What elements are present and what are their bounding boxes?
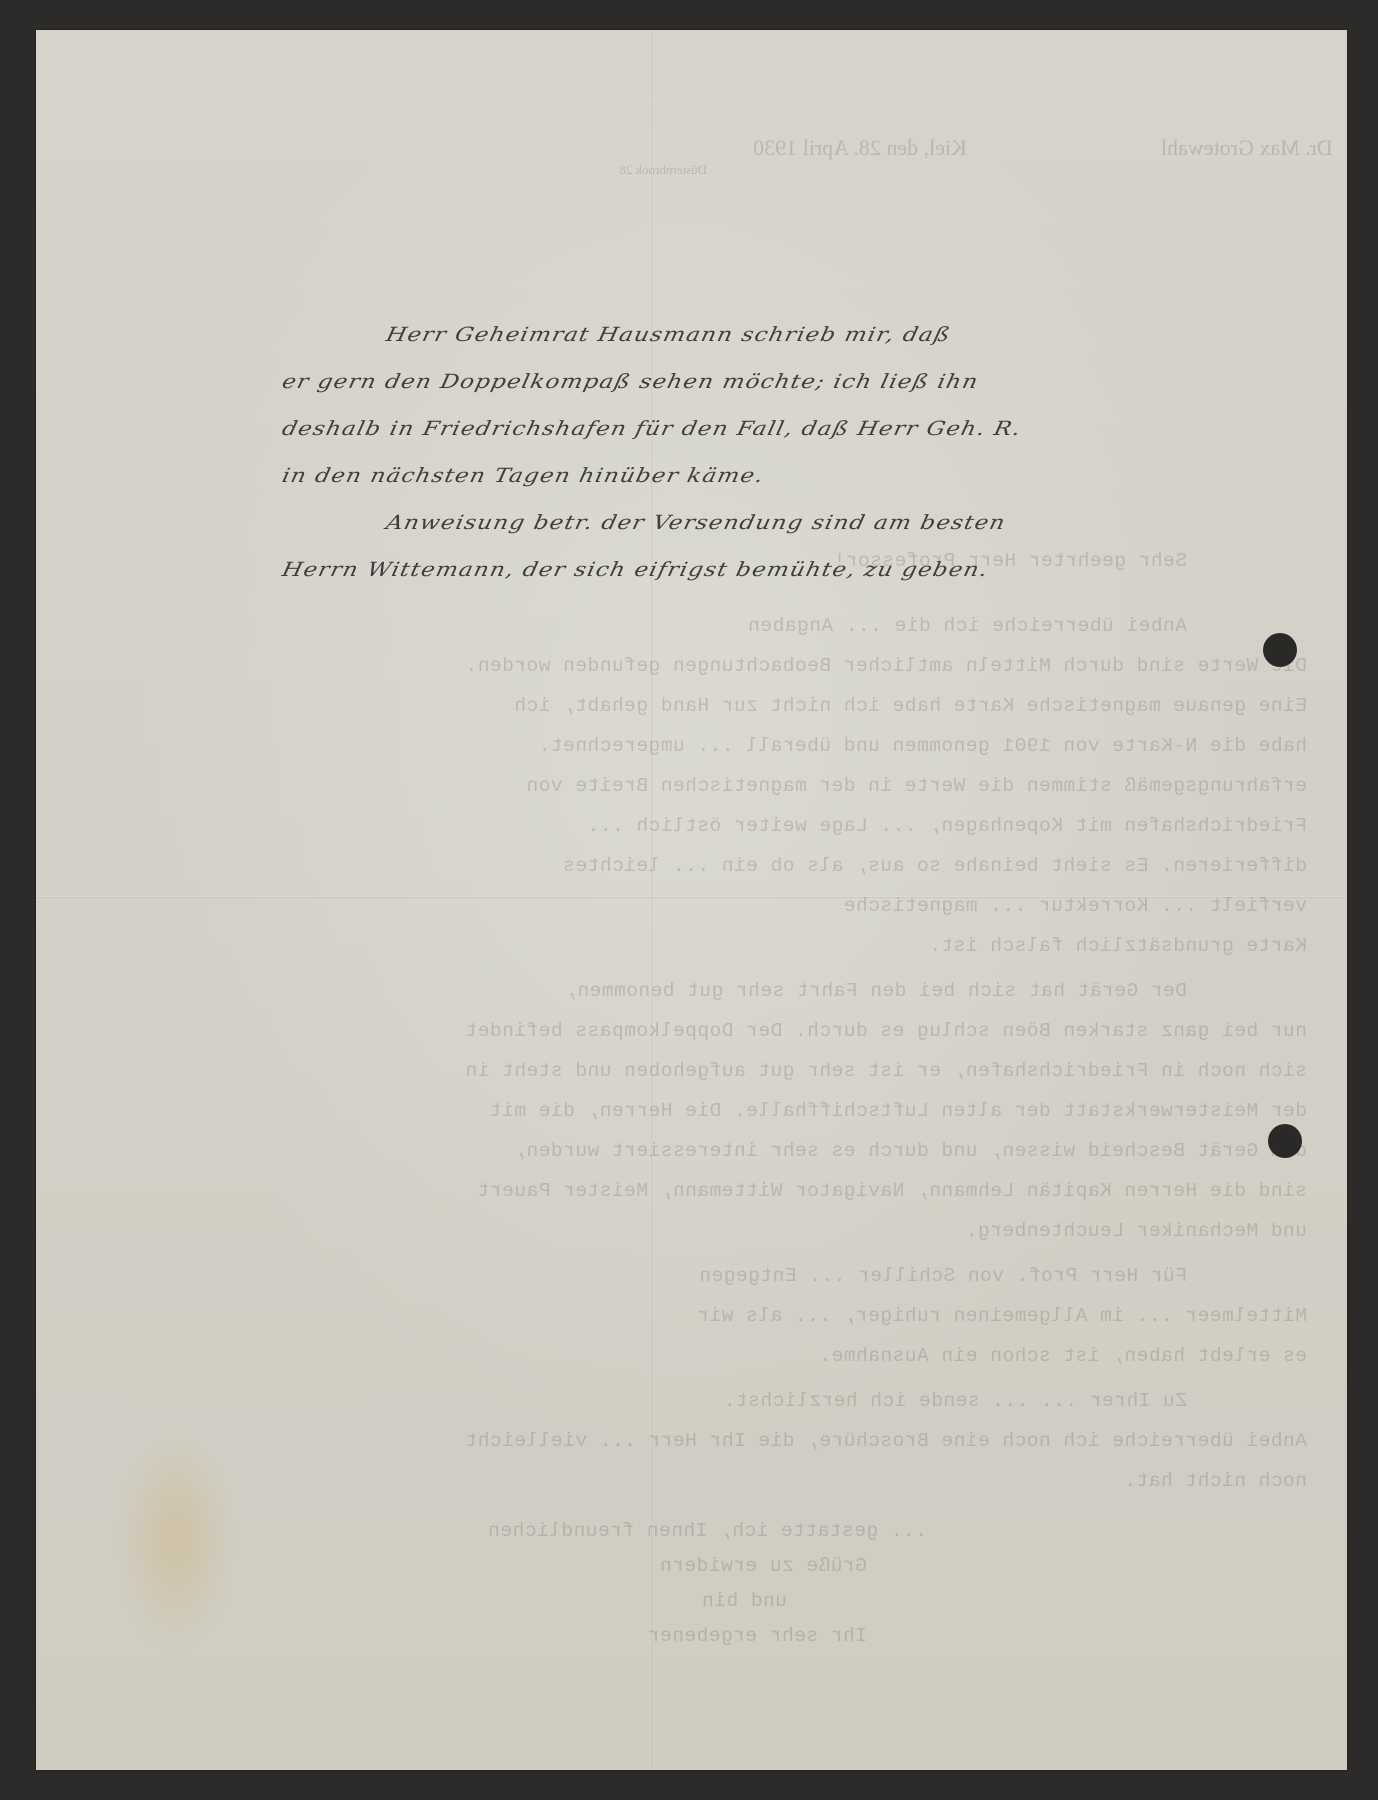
punch-hole-lower (1268, 1124, 1302, 1158)
punch-hole-upper (1263, 633, 1297, 667)
handwritten-line: in den nächsten Tagen hinüber käme. (280, 465, 766, 487)
handwritten-line: er gern den Doppelkompaß sehen möchte; i… (280, 371, 981, 393)
handwritten-line: deshalb in Friedrichshafen für den Fall,… (280, 418, 1024, 440)
handwritten-line: Herrn Wittemann, der sich eifrigst bemüh… (280, 559, 991, 581)
letter-page: Dr. Max Grotewahl Kiel, den 28. April 19… (36, 30, 1347, 1770)
handwritten-line: Herr Geheimrat Hausmann schrieb mir, daß (384, 324, 1229, 346)
handwritten-body: Herr Geheimrat Hausmann schrieb mir, daß… (36, 30, 1347, 1770)
handwritten-line: Anweisung betr. der Versendung sind am b… (384, 512, 1008, 534)
